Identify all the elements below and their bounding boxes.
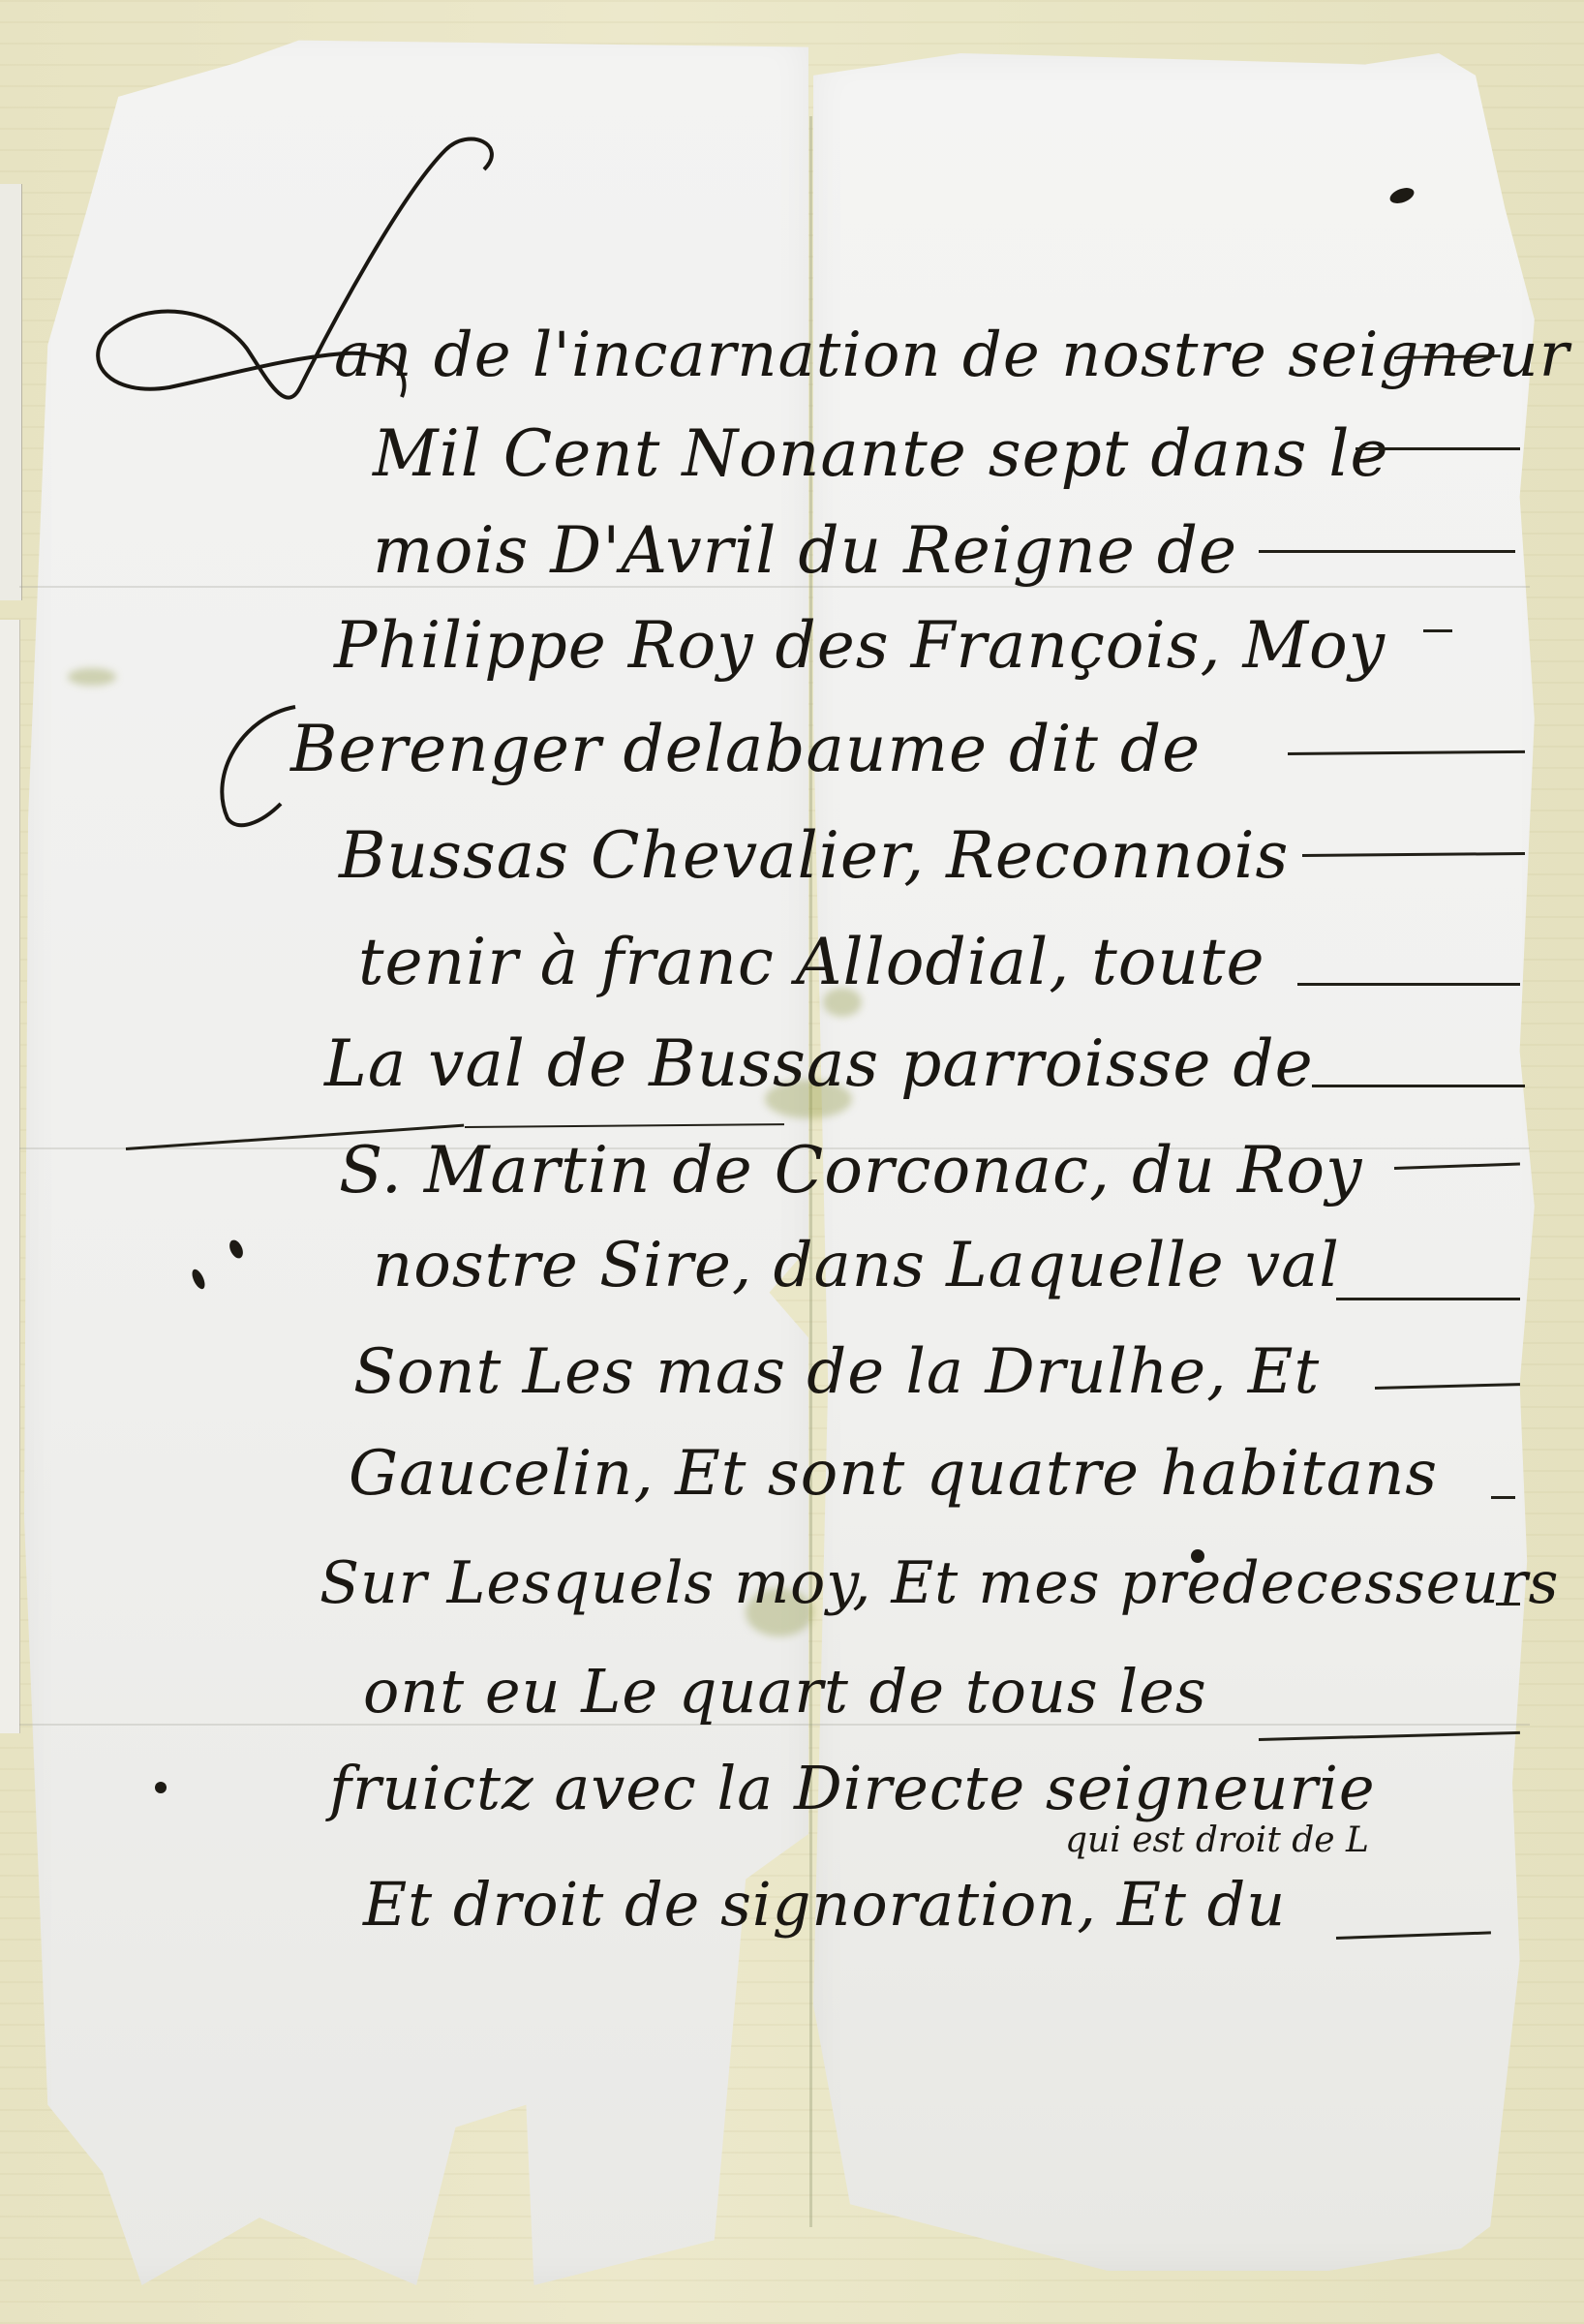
line-2: Mil Cent Nonante sept dans le	[373, 416, 1389, 491]
line-15: fruictz avec la Directe seigneurie	[329, 1753, 1376, 1823]
line-12: Gaucelin, Et sont quatre habitans	[349, 1438, 1438, 1510]
line-filler-rule	[1312, 1085, 1525, 1087]
line-3: mois D'Avril du Reigne de	[373, 513, 1237, 588]
line-8: La val de Bussas parroisse de	[324, 1026, 1314, 1101]
line-10: nostre Sire, dans Laquelle val	[373, 1230, 1340, 1301]
ink-blot	[155, 1782, 167, 1793]
interlinear-note: qui est droit de L	[1065, 1820, 1369, 1860]
line-14: ont eu Le quart de tous les	[363, 1656, 1207, 1727]
line-1: an de l'incarnation de nostre seigneur	[334, 320, 1569, 391]
line-5: Berenger delabaume dit de	[290, 712, 1201, 786]
line-filler-rule	[1259, 550, 1515, 553]
line-7: tenir à franc Allodial, toute	[358, 925, 1265, 999]
line-4: Philippe Roy des François, Moy	[334, 608, 1386, 683]
line-filler-rule	[1356, 447, 1520, 450]
line-6: Bussas Chevalier, Reconnois	[339, 818, 1289, 893]
line-filler-rule	[1496, 1603, 1520, 1605]
line-13: Sur Lesquels moy, Et mes predecesseurs	[320, 1549, 1559, 1617]
line-filler-rule	[1297, 983, 1520, 986]
line-16: Et droit de signoration, Et du	[363, 1869, 1286, 1940]
paper-fragment-left-top	[0, 184, 22, 600]
line-filler-rule	[1423, 629, 1452, 632]
line-filler-rule	[1491, 1496, 1515, 1499]
line-11: Sont Les mas de la Drulhe, Et	[353, 1336, 1320, 1408]
line-9: S. Martin de Corconac, du Roy	[339, 1133, 1362, 1208]
ink-stain	[68, 668, 116, 686]
line-filler-rule	[1336, 1298, 1520, 1300]
paper-fragment-left-bottom	[0, 620, 20, 1733]
